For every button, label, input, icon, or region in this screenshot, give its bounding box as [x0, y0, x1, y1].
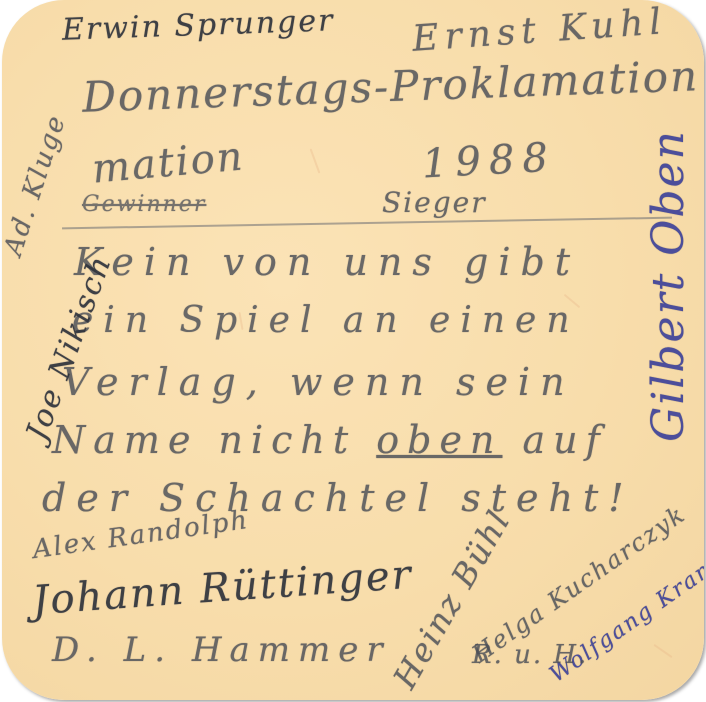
underlined-word: oben — [376, 418, 502, 462]
signature-bottom: Johann Rüttinger — [31, 552, 414, 624]
signature-left-vertical: Ad. Kluge — [2, 111, 72, 260]
signature-left-vertical-2: Joe Nikisch — [20, 250, 119, 445]
proclamation-line-5: der Schachtel steht! — [42, 476, 634, 520]
signature-top-right: Ernst Kuhl — [411, 1, 668, 60]
signature-top-left: Erwin Sprunger — [61, 3, 334, 47]
beer-coaster: Erwin Sprunger Ernst Kuhl Donnerstags-Pr… — [2, 0, 704, 700]
proclamation-title: Donnerstags-Proklamation — [81, 51, 699, 122]
signature-bottom: R. u. H. — [472, 640, 588, 670]
proclamation-line-2: ein Spiel an einen — [72, 300, 580, 341]
line-4-suffix: auf — [502, 418, 607, 462]
paper-fiber — [310, 148, 321, 173]
divider-line — [62, 217, 672, 230]
signature-bottom: D. L. Hammer — [52, 630, 391, 670]
paper-fiber — [653, 644, 672, 658]
proclamation-line-3: Verlag, wenn sein — [62, 360, 575, 404]
proclamation-line-4: Name nicht oben auf — [52, 418, 608, 462]
signature-right-vertical-blue: Gilbert Oben — [643, 129, 694, 442]
proclamation-line-1: Kein von uns gibt — [74, 240, 580, 284]
line-4-prefix: Name nicht — [52, 418, 376, 462]
year-label: 1988 — [421, 135, 557, 188]
proclamation-title-continued: mation — [90, 133, 246, 192]
winner-label: Sieger — [382, 186, 487, 219]
crossed-out-word: Gewinner — [82, 192, 206, 217]
